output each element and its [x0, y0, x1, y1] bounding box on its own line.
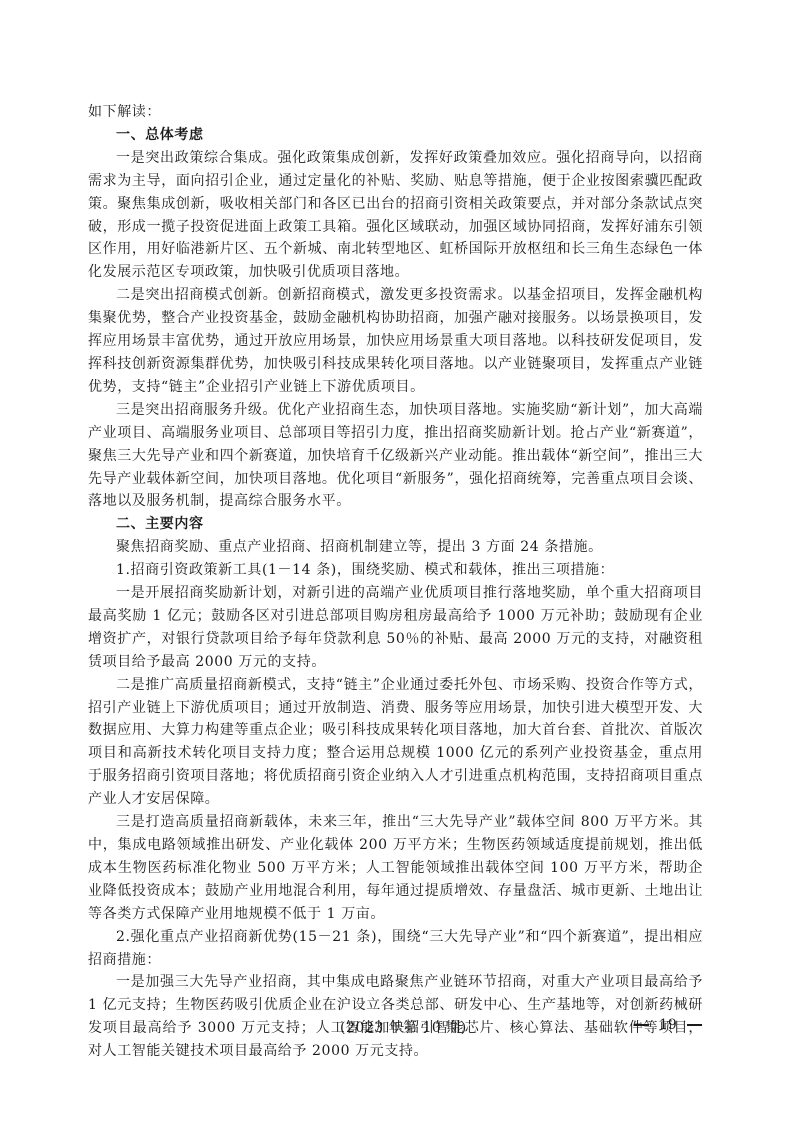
paragraph: 聚焦招商奖励、重点产业招商、招商机制建立等，提出 3 方面 24 条措施。: [88, 536, 703, 559]
paragraph: 1.招商引资政策新工具(1－14 条)，围绕奖励、模式和载体，推出三项措施：: [88, 559, 703, 582]
paragraph: 三是打造高质量招商新载体，未来三年，推出“三大先导产业”载体空间 800 万平方…: [88, 811, 703, 926]
document-body: 如下解读： 一、总体考虑 一是突出政策综合集成。强化政策集成创新，发挥好政策叠加…: [88, 101, 703, 1063]
dash-left: [634, 1024, 649, 1026]
paragraph: 三是突出招商服务升级。优化产业招商生态，加快项目落地。实施奖励“新计划”，加大高…: [88, 399, 703, 514]
paragraph: 二是突出招商模式创新。创新招商模式，激发更多投资需求。以基金招项目，发挥金融机构…: [88, 284, 703, 399]
section-heading-overall: 一、总体考虑: [88, 124, 703, 147]
paragraph: 二是推广高质量招商新模式，支持“链主”企业通过委托外包、市场采购、投资合作等方式…: [88, 674, 703, 811]
paragraph: 一是开展招商奖励新计划，对新引进的高端产业优质项目推行落地奖励，单个重大招商项目…: [88, 582, 703, 674]
page-number: 19: [634, 1017, 702, 1033]
intro-text: 如下解读：: [88, 101, 703, 124]
paragraph: 2.强化重点产业招商新优势(15－21 条)，围绕“三大先导产业”和“四个新赛道…: [88, 926, 703, 972]
section-heading-main-content: 二、主要内容: [88, 513, 703, 536]
dash-right: [687, 1024, 702, 1026]
issue-label: (2023 年第 10 期): [340, 1017, 467, 1037]
paragraph: 一是突出政策综合集成。强化政策集成创新，发挥好政策叠加效应。强化招商导向，以招商…: [88, 147, 703, 284]
page-number-value: 19: [659, 1017, 677, 1033]
